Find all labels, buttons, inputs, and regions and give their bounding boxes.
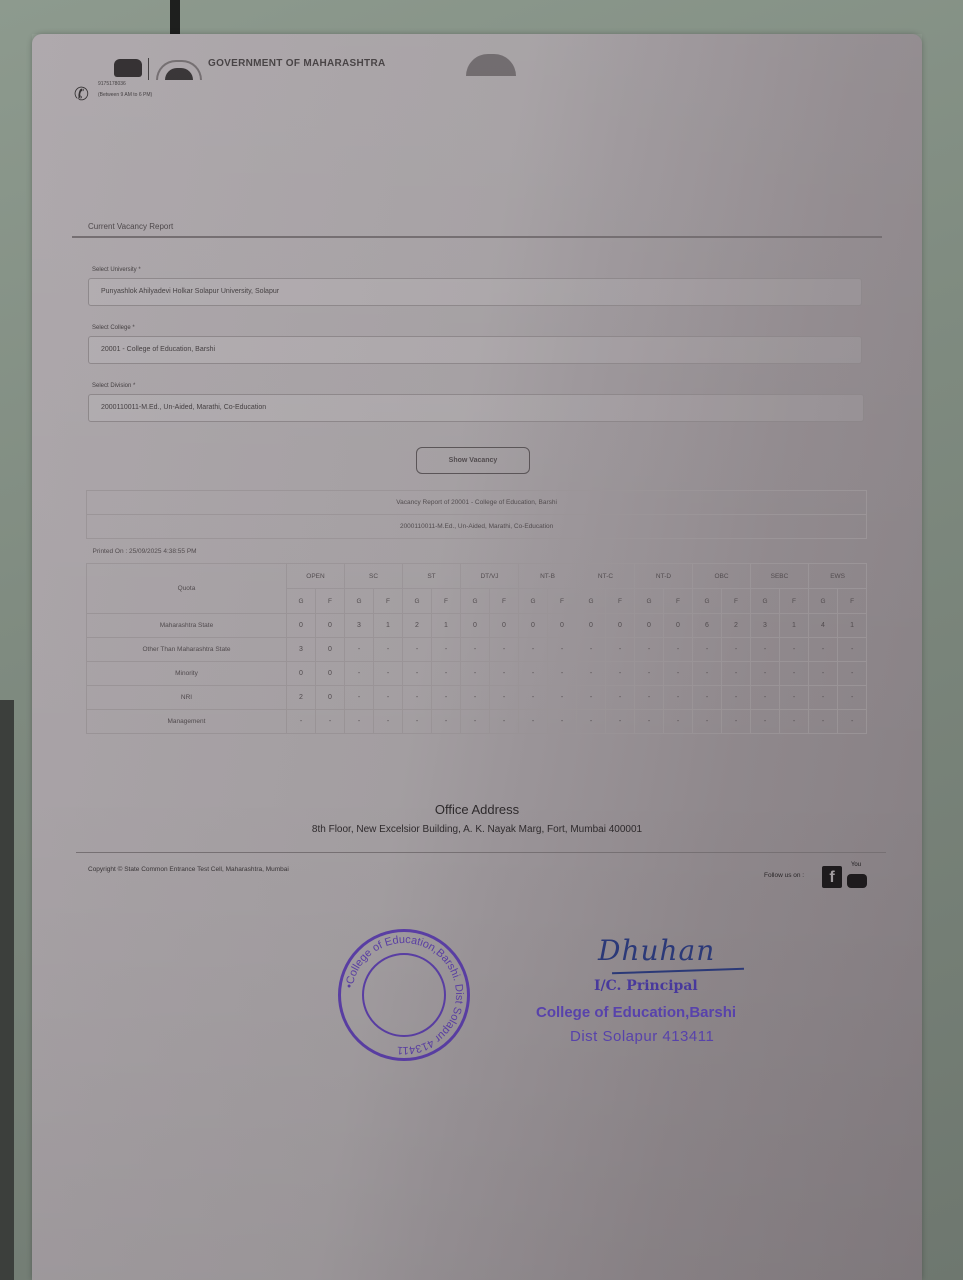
sub-header: F [606,589,635,614]
principal-college: College of Education,Barshi [536,1004,736,1021]
quota-cell: Management [87,710,287,734]
college-label: Select College * [92,325,135,331]
university-select[interactable]: Punyashlok Ahilyadevi Holkar Solapur Uni… [88,278,862,306]
vacancy-cell: - [693,710,722,734]
vacancy-cell: - [519,662,548,686]
vacancy-cell: 0 [635,614,664,638]
vacancy-cell: - [461,662,490,686]
stamp-text: •College of Education,Barshi. Dist Solap… [338,929,470,1061]
vacancy-cell: - [403,686,432,710]
sub-header: G [403,589,432,614]
vacancy-cell: 0 [519,614,548,638]
vacancy-cell: 0 [316,686,345,710]
sub-header: G [519,589,548,614]
sub-header: F [490,589,519,614]
table-row: Maharashtra State00312100000000623141 [87,614,867,638]
vacancy-cell: - [548,662,577,686]
vacancy-cell: - [751,638,780,662]
vacancy-cell: 1 [374,614,403,638]
vacancy-cell: - [577,638,606,662]
vacancy-cell: - [751,662,780,686]
vacancy-cell: - [606,638,635,662]
vacancy-cell: 0 [316,614,345,638]
sub-header: F [722,589,751,614]
office-heading: Office Address [32,802,922,817]
vacancy-table: Vacancy Report of 20001 - College of Edu… [86,490,866,734]
vacancy-cell: 2 [287,686,316,710]
vacancy-cell: - [490,686,519,710]
vacancy-cell: - [664,686,693,710]
vacancy-cell: 6 [693,614,722,638]
vacancy-cell: - [722,686,751,710]
sub-header: G [635,589,664,614]
vacancy-cell: - [722,638,751,662]
vacancy-cell: - [693,638,722,662]
division-label: Select Division * [92,383,135,389]
quota-header: Quota [87,564,287,614]
vacancy-cell: 0 [461,614,490,638]
vacancy-cell: - [403,638,432,662]
vacancy-cell: 0 [287,614,316,638]
page-title: Current Vacancy Report [88,222,173,231]
vacancy-cell: 2 [403,614,432,638]
sub-header: G [751,589,780,614]
vacancy-cell: - [548,638,577,662]
vacancy-cell: 3 [345,614,374,638]
vacancy-cell: 1 [432,614,461,638]
vacancy-cell: - [374,710,403,734]
vacancy-cell: - [664,662,693,686]
vacancy-cell: - [577,710,606,734]
vacancy-cell: - [519,686,548,710]
category-header: OPEN [287,564,345,589]
report-title: Vacancy Report of 20001 - College of Edu… [87,491,867,515]
vacancy-cell: 0 [664,614,693,638]
vacancy-cell: - [432,638,461,662]
table-row: Minority00------------------ [87,662,867,686]
show-vacancy-button[interactable]: Show Vacancy [416,447,530,474]
vacancy-cell: - [693,686,722,710]
vacancy-cell: - [664,638,693,662]
sub-header: F [664,589,693,614]
youtube-label: You [844,862,868,868]
vacancy-cell: - [809,638,838,662]
copyright: Copyright © State Common Entrance Test C… [88,866,289,873]
vacancy-cell: - [403,662,432,686]
vacancy-cell: - [345,662,374,686]
sub-header: F [838,589,867,614]
division-select[interactable]: 2000110011-M.Ed., Un-Aided, Marathi, Co-… [88,394,864,422]
category-header: NT-C [577,564,635,589]
vacancy-cell: 2 [722,614,751,638]
sub-header: F [432,589,461,614]
vacancy-cell: - [374,638,403,662]
university-label: Select University * [92,267,141,273]
background-edge [0,700,14,1280]
table-row: Other Than Maharashtra State30----------… [87,638,867,662]
category-header: SC [345,564,403,589]
vacancy-cell: - [490,662,519,686]
table-row: NRI20------------------ [87,686,867,710]
vacancy-cell: - [751,686,780,710]
category-header: DT/VJ [461,564,519,589]
vacancy-cell: - [345,686,374,710]
vacancy-cell: 0 [606,614,635,638]
vacancy-cell: - [635,710,664,734]
quota-cell: Other Than Maharashtra State [87,638,287,662]
vacancy-cell: 3 [751,614,780,638]
vacancy-cell: 0 [287,662,316,686]
helpline-number[interactable]: 9175178036 [98,81,126,87]
svg-text:•College of Education,Barshi.: •College of Education,Barshi. Dist Solap… [343,934,465,1056]
vacancy-cell: - [519,710,548,734]
vacancy-cell: - [838,686,867,710]
sub-header: F [780,589,809,614]
vacancy-cell: 0 [490,614,519,638]
sub-header: G [577,589,606,614]
vacancy-cell: - [316,710,345,734]
sub-header: F [374,589,403,614]
follow-label: Follow us on : [764,872,804,879]
vacancy-cell: - [577,686,606,710]
report-division: 2000110011-M.Ed., Un-Aided, Marathi, Co-… [87,515,867,539]
category-header: OBC [693,564,751,589]
table-row: Management-------------------- [87,710,867,734]
signature-underline [612,968,744,975]
sub-header: G [809,589,838,614]
state-emblem-icon [114,59,142,77]
vacancy-cell: - [722,710,751,734]
category-header: SEBC [751,564,809,589]
vacancy-cell: 4 [809,614,838,638]
vacancy-cell: - [374,662,403,686]
vacancy-cell: - [809,686,838,710]
college-select[interactable]: 20001 - College of Education, Barshi [88,336,862,364]
vacancy-cell: - [519,638,548,662]
vacancy-cell: - [751,710,780,734]
header-logo-right-icon [466,54,516,76]
vacancy-cell: 0 [316,638,345,662]
sub-header: F [316,589,345,614]
office-address: 8th Floor, New Excelsior Building, A. K.… [32,824,922,835]
vacancy-cell: 1 [780,614,809,638]
printed-on: Printed On : 25/09/2025 4:38:55 PM [87,539,867,564]
category-header: ST [403,564,461,589]
vacancy-cell: 0 [316,662,345,686]
sub-header: F [548,589,577,614]
printed-page: GOVERNMENT OF MAHARASHTRA ✆ 9175178036 (… [32,34,922,1280]
vacancy-cell: - [606,662,635,686]
title-divider [72,236,882,238]
vacancy-cell: - [838,710,867,734]
sub-header: G [345,589,374,614]
vacancy-cell: - [635,662,664,686]
vacancy-cell: - [461,710,490,734]
principal-title: I/C. Principal [594,978,698,994]
vacancy-cell: 1 [838,614,867,638]
facebook-icon[interactable]: f [822,866,842,888]
vacancy-cell: - [345,710,374,734]
vacancy-cell: 0 [577,614,606,638]
vacancy-cell: - [606,686,635,710]
principal-district: Dist Solapur 413411 [570,1028,714,1045]
category-header: EWS [809,564,867,589]
vacancy-cell: - [780,638,809,662]
vacancy-cell: - [490,710,519,734]
vacancy-cell: - [780,662,809,686]
vacancy-cell: - [780,686,809,710]
principal-signature: Dhuhan [598,934,715,967]
logo-divider [148,58,149,80]
vacancy-cell: 3 [287,638,316,662]
vacancy-cell: - [635,686,664,710]
vacancy-cell: - [548,710,577,734]
vacancy-cell: - [374,686,403,710]
vacancy-cell: - [809,662,838,686]
category-header: NT-B [519,564,577,589]
org-title: GOVERNMENT OF MAHARASHTRA [208,58,386,69]
vacancy-cell: - [287,710,316,734]
vacancy-cell: - [403,710,432,734]
quota-cell: Maharashtra State [87,614,287,638]
background-cable [170,0,180,34]
sub-header: G [461,589,490,614]
vacancy-cell: - [490,638,519,662]
phone-icon: ✆ [72,83,91,106]
vacancy-cell: 0 [548,614,577,638]
vacancy-cell: - [461,638,490,662]
quota-cell: Minority [87,662,287,686]
sub-header: G [693,589,722,614]
vacancy-cell: - [664,710,693,734]
vacancy-cell: - [577,662,606,686]
vacancy-cell: - [722,662,751,686]
vacancy-cell: - [780,710,809,734]
youtube-icon[interactable] [847,874,867,888]
vacancy-cell: - [345,638,374,662]
vacancy-cell: - [606,710,635,734]
vacancy-cell: - [838,638,867,662]
vacancy-cell: - [461,686,490,710]
vacancy-cell: - [693,662,722,686]
quota-cell: NRI [87,686,287,710]
sub-header: G [287,589,316,614]
helpline-hours: (Between 9 AM to 6 PM) [98,92,152,98]
vacancy-cell: - [432,662,461,686]
vacancy-cell: - [548,686,577,710]
footer-divider [76,852,886,853]
vacancy-cell: - [432,686,461,710]
vacancy-cell: - [838,662,867,686]
vacancy-cell: - [432,710,461,734]
category-header: NT-D [635,564,693,589]
vacancy-cell: - [635,638,664,662]
vacancy-cell: - [809,710,838,734]
